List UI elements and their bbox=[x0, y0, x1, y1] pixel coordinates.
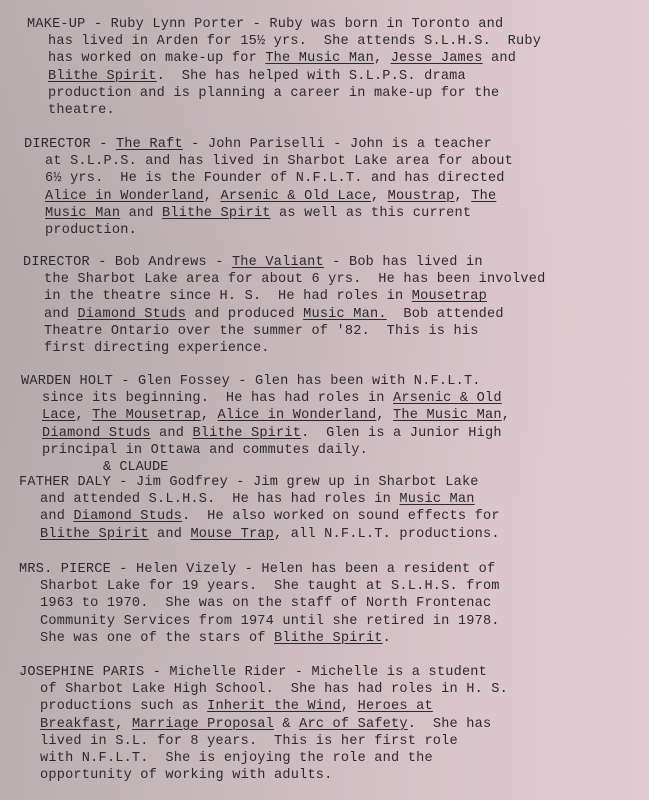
bio-text-line: opportunity of working with adults. bbox=[19, 767, 508, 784]
bio-text-line: Blithe Spirit and Mouse Trap, all N.F.L.… bbox=[19, 526, 500, 543]
play-title: Diamond Studs bbox=[73, 509, 182, 524]
bio-text-line: in the theatre since H. S. He had roles … bbox=[23, 288, 545, 305]
play-title: Alice in Wonderland bbox=[218, 408, 377, 423]
text-run: in the theatre since H. S. He had roles … bbox=[44, 289, 412, 304]
text-run: Community Services from 1974 until she r… bbox=[40, 614, 500, 629]
bio-text-line: and Diamond Studs and produced Music Man… bbox=[23, 306, 545, 323]
bio-text-line: since its beginning. He has had roles in… bbox=[21, 390, 510, 407]
text-run: 1963 to 1970. She was on the staff of No… bbox=[40, 596, 491, 611]
bio-text-line: Community Services from 1974 until she r… bbox=[19, 613, 500, 630]
bio-mrs-pierce-helen-vizely: MRS. PIERCE - Helen Vizely - Helen has b… bbox=[19, 561, 500, 647]
text-run: of Sharbot Lake High School. She has had… bbox=[40, 682, 508, 697]
text-run: production and is planning a career in m… bbox=[48, 86, 499, 101]
text-run: with N.F.L.T. She is enjoying the role a… bbox=[40, 751, 433, 766]
text-run: as well as this current bbox=[271, 206, 472, 221]
bio-text-line: productions such as Inherit the Wind, He… bbox=[19, 698, 508, 715]
play-title: Jesse James bbox=[391, 51, 483, 66]
bio-text-line: of Sharbot Lake High School. She has had… bbox=[19, 681, 508, 698]
bio-heading-line: DIRECTOR - Bob Andrews - The Valiant - B… bbox=[23, 254, 545, 271]
text-run: and bbox=[40, 509, 73, 524]
play-title: The Music Man bbox=[265, 51, 374, 66]
text-run: WARDEN HOLT - Glen Fossey - Glen has bee… bbox=[21, 374, 481, 389]
text-run: JOSEPHINE PARIS - Michelle Rider - Miche… bbox=[19, 665, 487, 680]
text-run: lived in S.L. for 8 years. This is her f… bbox=[40, 734, 458, 749]
bio-heading-line: MAKE-UP - Ruby Lynn Porter - Ruby was bo… bbox=[27, 16, 541, 33]
play-title: Moustrap bbox=[388, 189, 455, 204]
bio-text-line: 1963 to 1970. She was on the staff of No… bbox=[19, 595, 500, 612]
text-run: , bbox=[374, 51, 391, 66]
text-run: 6½ yrs. He is the Founder of N.F.L.T. an… bbox=[45, 171, 505, 186]
play-title: The Valiant bbox=[232, 255, 324, 270]
bio-text-line: has lived in Arden for 15½ yrs. She atte… bbox=[27, 33, 541, 50]
text-run: . He also worked on sound effects for bbox=[182, 509, 500, 524]
bio-josephine-paris-michelle-rider: JOSEPHINE PARIS - Michelle Rider - Miche… bbox=[19, 664, 508, 784]
bio-text-line: first directing experience. bbox=[23, 340, 545, 357]
text-run: DIRECTOR - Bob Andrews - bbox=[23, 255, 232, 270]
text-run: and bbox=[149, 527, 191, 542]
bio-text-line: principal in Ottawa and commutes daily. bbox=[21, 442, 510, 459]
text-run: , bbox=[455, 189, 472, 204]
text-run: and produced bbox=[186, 307, 303, 322]
text-run: and bbox=[120, 206, 162, 221]
text-run: Theatre Ontario over the summer of '82. … bbox=[44, 324, 479, 339]
bio-warden-holt-glen-fossey: WARDEN HOLT - Glen Fossey - Glen has bee… bbox=[21, 373, 510, 459]
play-title: Music Man. bbox=[303, 307, 387, 322]
text-run: , bbox=[371, 189, 388, 204]
text-run: - Bob has lived in bbox=[324, 255, 483, 270]
text-run: . She has bbox=[408, 717, 492, 732]
text-run: , all N.F.L.T. productions. bbox=[274, 527, 500, 542]
play-title: Blithe Spirit bbox=[40, 527, 149, 542]
text-run: productions such as bbox=[40, 699, 207, 714]
text-run: , bbox=[115, 717, 132, 732]
bio-text-line: production and is planning a career in m… bbox=[27, 85, 541, 102]
play-title: Arsenic & Old bbox=[393, 391, 502, 406]
text-run: FATHER DALY - Jim Godfrey - Jim grew up … bbox=[19, 475, 479, 490]
play-title: Mouse Trap bbox=[190, 527, 274, 542]
bio-text-line: production. bbox=[24, 222, 513, 239]
play-title: The Music Man bbox=[393, 408, 502, 423]
text-run: MRS. PIERCE - Helen Vizely - Helen has b… bbox=[19, 562, 495, 577]
play-title: Lace bbox=[42, 408, 75, 423]
bio-text-line: has worked on make-up for The Music Man,… bbox=[27, 50, 541, 67]
play-title: Blithe Spirit bbox=[162, 206, 271, 221]
bio-text-line: Blithe Spirit. She has helped with S.L.P… bbox=[27, 68, 541, 85]
bio-text-line: Breakfast, Marriage Proposal & Arc of Sa… bbox=[19, 716, 508, 733]
bio-text-line: She was one of the stars of Blithe Spiri… bbox=[19, 630, 500, 647]
text-run: principal in Ottawa and commutes daily. bbox=[42, 443, 368, 458]
text-run: opportunity of working with adults. bbox=[40, 768, 333, 783]
text-run: - John Pariselli - John is a teacher bbox=[183, 137, 492, 152]
text-run: . bbox=[383, 631, 391, 646]
text-run: production. bbox=[45, 223, 137, 238]
play-title: The bbox=[471, 189, 496, 204]
bio-text-line: and attended S.L.H.S. He has had roles i… bbox=[19, 491, 500, 508]
play-title: Music Man bbox=[399, 492, 474, 507]
play-title: Blithe Spirit bbox=[48, 69, 157, 84]
play-title: Arc of Safety bbox=[299, 717, 408, 732]
bio-heading-line: JOSEPHINE PARIS - Michelle Rider - Miche… bbox=[19, 664, 508, 681]
play-title: Blithe Spirit bbox=[274, 631, 383, 646]
text-run: & bbox=[274, 717, 299, 732]
bio-father-daly-jim-godfrey: FATHER DALY - Jim Godfrey - Jim grew up … bbox=[19, 474, 500, 543]
play-title: Arsenic & Old Lace bbox=[221, 189, 371, 204]
play-title: Blithe Spirit bbox=[192, 426, 301, 441]
play-title: Marriage Proposal bbox=[132, 717, 274, 732]
text-run: and attended S.L.H.S. He has had roles i… bbox=[40, 492, 399, 507]
text-run: , bbox=[341, 699, 358, 714]
bio-text-line: Theatre Ontario over the summer of '82. … bbox=[23, 323, 545, 340]
play-title: Inherit the Wind bbox=[207, 699, 341, 714]
text-run: , bbox=[502, 408, 510, 423]
text-run: , bbox=[204, 189, 221, 204]
bio-heading-line: WARDEN HOLT - Glen Fossey - Glen has bee… bbox=[21, 373, 510, 390]
text-run: has worked on make-up for bbox=[48, 51, 265, 66]
bio-text-line: theatre. bbox=[27, 102, 541, 119]
bio-text-line: at S.L.P.S. and has lived in Sharbot Lak… bbox=[24, 153, 513, 170]
bio-heading-line: MRS. PIERCE - Helen Vizely - Helen has b… bbox=[19, 561, 500, 578]
text-run: and bbox=[151, 426, 193, 441]
text-run: the Sharbot Lake area for about 6 yrs. H… bbox=[44, 272, 545, 287]
bio-text-line: 6½ yrs. He is the Founder of N.F.L.T. an… bbox=[24, 170, 513, 187]
handwritten-annotation-and-claude: & CLAUDE bbox=[103, 460, 168, 475]
text-run: She was one of the stars of bbox=[40, 631, 274, 646]
bio-text-line: Diamond Studs and Blithe Spirit. Glen is… bbox=[21, 425, 510, 442]
play-title: Breakfast bbox=[40, 717, 115, 732]
bio-director-bob-andrews: DIRECTOR - Bob Andrews - The Valiant - B… bbox=[23, 254, 545, 357]
play-title: The Mousetrap bbox=[92, 408, 201, 423]
text-run: and bbox=[483, 51, 516, 66]
text-run: MAKE-UP - Ruby Lynn Porter - Ruby was bo… bbox=[27, 17, 503, 32]
play-title: Music Man bbox=[45, 206, 120, 221]
text-run: . Glen is a Junior High bbox=[301, 426, 502, 441]
bio-heading-line: FATHER DALY - Jim Godfrey - Jim grew up … bbox=[19, 474, 500, 491]
text-run: . She has helped with S.L.P.S. drama bbox=[157, 69, 466, 84]
bio-text-line: Music Man and Blithe Spirit as well as t… bbox=[24, 205, 513, 222]
text-run: and bbox=[44, 307, 77, 322]
bio-heading-line: DIRECTOR - The Raft - John Pariselli - J… bbox=[24, 136, 513, 153]
bio-text-line: Alice in Wonderland, Arsenic & Old Lace,… bbox=[24, 188, 513, 205]
bio-text-line: Lace, The Mousetrap, Alice in Wonderland… bbox=[21, 407, 510, 424]
bio-text-line: lived in S.L. for 8 years. This is her f… bbox=[19, 733, 508, 750]
text-run: at S.L.P.S. and has lived in Sharbot Lak… bbox=[45, 154, 513, 169]
play-title: Mousetrap bbox=[412, 289, 487, 304]
text-run: theatre. bbox=[48, 103, 115, 118]
text-run: DIRECTOR - bbox=[24, 137, 116, 152]
bio-director-john-pariselli: DIRECTOR - The Raft - John Pariselli - J… bbox=[24, 136, 513, 239]
text-run: , bbox=[376, 408, 393, 423]
bio-makeup-ruby-lynn-porter: MAKE-UP - Ruby Lynn Porter - Ruby was bo… bbox=[27, 16, 541, 119]
play-title: Diamond Studs bbox=[42, 426, 151, 441]
text-run: Bob attended bbox=[387, 307, 504, 322]
play-title: Alice in Wonderland bbox=[45, 189, 204, 204]
text-run: first directing experience. bbox=[44, 341, 270, 356]
play-title: Diamond Studs bbox=[77, 307, 186, 322]
bio-text-line: with N.F.L.T. She is enjoying the role a… bbox=[19, 750, 508, 767]
text-run: has lived in Arden for 15½ yrs. She atte… bbox=[48, 34, 541, 49]
program-page: MAKE-UP - Ruby Lynn Porter - Ruby was bo… bbox=[0, 0, 649, 800]
text-run: Sharbot Lake for 19 years. She taught at… bbox=[40, 579, 500, 594]
bio-text-line: the Sharbot Lake area for about 6 yrs. H… bbox=[23, 271, 545, 288]
text-run: , bbox=[75, 408, 92, 423]
play-title: The Raft bbox=[116, 137, 183, 152]
text-run: , bbox=[201, 408, 218, 423]
text-run: since its beginning. He has had roles in bbox=[42, 391, 393, 406]
bio-text-line: Sharbot Lake for 19 years. She taught at… bbox=[19, 578, 500, 595]
play-title: Heroes at bbox=[358, 699, 433, 714]
bio-text-line: and Diamond Studs. He also worked on sou… bbox=[19, 508, 500, 525]
